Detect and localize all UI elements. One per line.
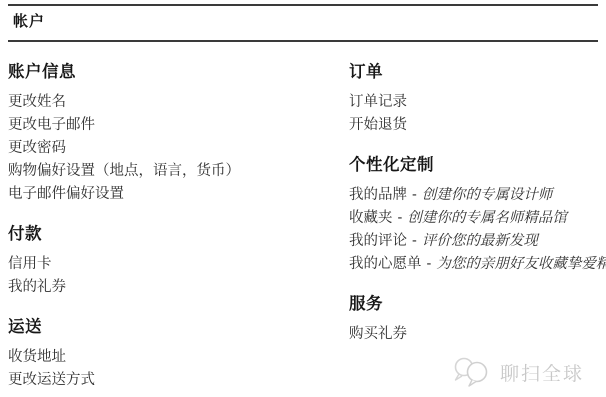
link-change-name[interactable]: 更改姓名 [8,91,349,114]
link-email-preferences[interactable]: 电子邮件偏好设置 [8,183,349,206]
link-buy-gift-vouchers[interactable]: 购买礼券 [349,323,606,346]
section-payment: 付款 信用卡 我的礼券 [8,224,349,299]
link-label: 收藏夹 [349,210,393,226]
link-description: 评价您的最新发现 [422,233,538,249]
left-column: 账户信息 更改姓名 更改电子邮件 更改密码 购物偏好设置（地点，语言，货币） 电… [8,62,349,392]
menu-columns: 账户信息 更改姓名 更改电子邮件 更改密码 购物偏好设置（地点，语言，货币） 电… [8,62,598,392]
link-description: 创建你的专属名师精品馆 [407,210,567,226]
link-change-shipping-method[interactable]: 更改运送方式 [8,369,349,392]
link-change-password[interactable]: 更改密码 [8,137,349,160]
separator: - [412,233,417,249]
link-favorites[interactable]: 收藏夹-创建你的专属名师精品馆 [349,207,606,230]
link-label: 我的品牌 [349,187,407,203]
link-my-reviews[interactable]: 我的评论-评价您的最新发现 [349,230,606,253]
link-change-email[interactable]: 更改电子邮件 [8,114,349,137]
section-shipping: 运送 收货地址 更改运送方式 [8,317,349,392]
section-personalization: 个性化定制 我的品牌-创建你的专属设计师 收藏夹-创建你的专属名师精品馆 我的评… [349,155,606,276]
link-description: 创建你的专属设计师 [422,187,553,203]
link-credit-card[interactable]: 信用卡 [8,253,349,276]
page-header: 帐户 [8,4,598,42]
watermark-label: 聊扫全球 [500,359,584,386]
section-services: 服务 购买礼券 [349,294,606,346]
separator: - [427,256,432,272]
chat-bubbles-icon [451,356,493,388]
separator: - [398,210,403,226]
section-heading-account-info: 账户信息 [8,62,349,82]
separator: - [412,187,417,203]
link-shipping-address[interactable]: 收货地址 [8,346,349,369]
section-orders: 订单 订单记录 开始退货 [349,62,606,137]
section-heading-personalization: 个性化定制 [349,155,606,175]
page-title: 帐户 [8,6,598,40]
link-my-wishlist[interactable]: 我的心愿单-为您的亲朋好友收藏挚爱精品 [349,253,606,276]
link-my-gift-vouchers[interactable]: 我的礼券 [8,276,349,299]
watermark: 聊扫全球 [451,356,584,388]
section-heading-payment: 付款 [8,224,349,244]
section-account-info: 账户信息 更改姓名 更改电子邮件 更改密码 购物偏好设置（地点，语言，货币） 电… [8,62,349,206]
link-start-return[interactable]: 开始退货 [349,114,606,137]
section-heading-services: 服务 [349,294,606,314]
section-heading-shipping: 运送 [8,317,349,337]
right-column: 订单 订单记录 开始退货 个性化定制 我的品牌-创建你的专属设计师 收藏夹-创建… [349,62,606,392]
section-heading-orders: 订单 [349,62,606,82]
link-label: 我的心愿单 [349,256,422,272]
link-order-history[interactable]: 订单记录 [349,91,606,114]
link-label: 我的评论 [349,233,407,249]
link-description: 为您的亲朋好友收藏挚爱精品 [436,256,606,272]
link-shopping-preferences[interactable]: 购物偏好设置（地点，语言，货币） [8,160,349,183]
account-page: 帐户 账户信息 更改姓名 更改电子邮件 更改密码 购物偏好设置（地点，语言，货币… [0,0,606,392]
link-my-brands[interactable]: 我的品牌-创建你的专属设计师 [349,184,606,207]
